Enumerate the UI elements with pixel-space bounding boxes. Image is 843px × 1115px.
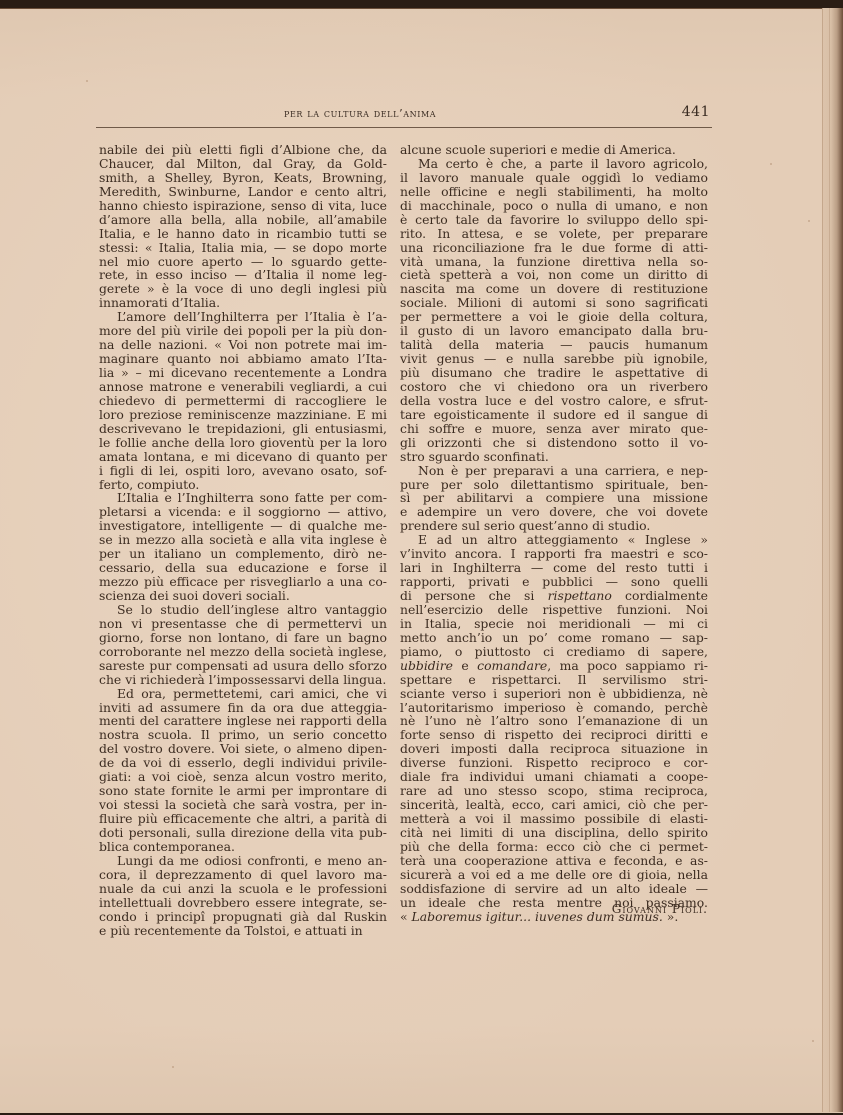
text-line: nell’esercizio delle rispettive funzioni… (400, 603, 708, 617)
text-line: condo i principî propugnati già dal Rusk… (99, 910, 387, 924)
italic-emphasis: comandare (477, 658, 547, 673)
text-line: cietà spetterà a voi, non come un diritt… (400, 268, 708, 282)
text-line: loro preziose reminiscenze mazziniane. E… (99, 408, 387, 422)
text-column-right: alcune scuole superiori e medie di Ameri… (400, 143, 708, 924)
italic-emphasis: ubbidire (400, 658, 453, 673)
text-line: more del più virile dei popoli per la pi… (99, 324, 387, 338)
running-title: per la cultura dell’anima (284, 106, 436, 120)
text-line: Lungi da me odiosi confronti, e meno an- (99, 854, 387, 868)
text-line: sciante verso i superiori non è ubbidien… (400, 687, 708, 701)
text-line: talità della materia — paucis humanum (400, 338, 708, 352)
header-rule (96, 127, 712, 128)
text-line: stro sguardo sconfinati. (400, 450, 708, 464)
text-line: costoro che vi chiedono ora un riverbero (400, 380, 708, 394)
text-line: le follie anche della loro gioventù per … (99, 436, 387, 450)
text-line: Ed ora, permettetemi, cari amici, che vi (99, 687, 387, 701)
running-head: per la cultura dell’anima 441 (98, 104, 710, 126)
text-line: vivit genus — e nulla sarebbe più ignobi… (400, 352, 708, 366)
paper-speck (172, 1066, 174, 1068)
text-line: voi stessi la società che sarà vostra, p… (99, 798, 387, 812)
text-line: nabile dei più eletti figli d’Albione ch… (99, 143, 387, 157)
text-line: tare egoisticamente il sudore ed il sang… (400, 408, 708, 422)
text-line: cità nei limiti di una disciplina, dello… (400, 826, 708, 840)
text-line: d’amore alla bella, alla nobile, all’ama… (99, 213, 387, 227)
text-line: terà una cooperazione attiva e feconda, … (400, 854, 708, 868)
text-line: sociale. Milioni di automi si sono sagri… (400, 296, 708, 310)
text-line: Italia, e le hanno dato in ricambio tutt… (99, 227, 387, 241)
text-line: cessario, della sua educazione e forse i… (99, 561, 387, 575)
text-line: e più recentemente da Tolstoi, e attuati… (99, 924, 387, 938)
text-line: in Italia, specie noi meridionali — mi c… (400, 617, 708, 631)
text-line: lia » – mi dicevano recentemente a Londr… (99, 366, 387, 380)
text-line: Non è per preparavi a una carriera, e ne… (400, 464, 708, 478)
text-line: nuale da cui anzi la scuola e le profess… (99, 882, 387, 896)
text-line: diverse funzioni. Rispetto reciproco e c… (400, 756, 708, 770)
text-line: è certo tale da favorire lo sviluppo del… (400, 213, 708, 227)
text-line: Chaucer, dal Milton, dal Gray, da Gold- (99, 157, 387, 171)
text-line: cora, il deprezzamento di quel lavoro ma… (99, 868, 387, 882)
text-line: del vostro dovere. Voi siete, o almeno d… (99, 742, 387, 756)
text-line: il lavoro manuale quale oggidì lo vediam… (400, 171, 708, 185)
text-line: nel mio cuore aperto — lo sguardo gette- (99, 255, 387, 269)
text-line: fluire più efficacemente che altri, a pa… (99, 812, 387, 826)
text-line: chiedevo di permettermi di raccogliere l… (99, 394, 387, 408)
text-line: nostra scuola. Il primo, un serio concet… (99, 728, 387, 742)
text-line: nè l’uno nè l’altro sono l’emanazione di… (400, 714, 708, 728)
text-line: sincerità, lealtà, ecco, cari amici, ciò… (400, 798, 708, 812)
text-line: non vi presentasse che di permettervi un (99, 617, 387, 631)
text-line: sono state fornite le armi per improntar… (99, 784, 387, 798)
text-line: L’amore dell’Inghilterra per l’Italia è … (99, 310, 387, 324)
text-line: mezzo più efficace per risvegliarlo a un… (99, 575, 387, 589)
text-line: Se lo studio dell’inglese altro vantaggi… (99, 603, 387, 617)
text-line: una riconciliazione fra le due forme di … (400, 241, 708, 255)
text-line: della vostra luce e del vostro calore, e… (400, 394, 708, 408)
text-line: ferto, compiuto. (99, 478, 387, 492)
text-line: sicurerà a voi ed a me delle ore di gioi… (400, 868, 708, 882)
text-line: v’invito ancora. I rapporti fra maestri … (400, 547, 708, 561)
text-line: giorno, forse non lontano, di fare un ba… (99, 631, 387, 645)
text-line: soddisfazione di servire ad un alto idea… (400, 882, 708, 896)
text-line: prendere sul serio quest’anno di studio. (400, 519, 708, 533)
text-line: ubbidire e comandare, ma poco sappiamo r… (400, 659, 708, 673)
text-line: L’Italia e l’Inghilterra sono fatte per … (99, 491, 387, 505)
text-line: giati: a voi cioè, senza alcun vostro me… (99, 770, 387, 784)
text-line: investigatore, intelligente — di qualche… (99, 519, 387, 533)
text-line: scienza dei suoi doveri sociali. (99, 589, 387, 603)
text-line: maginare quanto noi abbiamo amato l’Ita- (99, 352, 387, 366)
text-line: piamo, o piuttosto ci crediamo di sapere… (400, 645, 708, 659)
page-edge-right (822, 8, 843, 1112)
text-line: più che della forma: ecco ciò che ci per… (400, 840, 708, 854)
italic-emphasis: rispettano (548, 588, 612, 603)
text-line: intellettuali dovrebbero essere integrat… (99, 896, 387, 910)
text-line: di macchinale, poco o nulla di umano, e … (400, 199, 708, 213)
text-line: gli orizzonti che si distendono sotto il… (400, 436, 708, 450)
text-line: vità umana, la funzione direttiva nella … (400, 255, 708, 269)
text-line: di persone che si rispettano cordialment… (400, 589, 708, 603)
page-number: 441 (682, 104, 710, 120)
text-line: de da voi di esserlo, degli individui pr… (99, 756, 387, 770)
text-column-left: nabile dei più eletti figli d’Albione ch… (99, 143, 387, 937)
text-line: metto anch’io un po’ come romano — sap- (400, 631, 708, 645)
text-line: blica contemporanea. (99, 840, 387, 854)
text-line: e adempire un vero dovere, che voi dovet… (400, 505, 708, 519)
text-line: rapporti, privati e pubblici — sono quel… (400, 575, 708, 589)
text-line: doveri imposti dalla reciproca situazion… (400, 742, 708, 756)
text-line: corroborante nel mezzo della società ing… (99, 645, 387, 659)
text-line: gerete » è la voce di uno degli inglesi … (99, 282, 387, 296)
text-line: nascita ma come un dovere di restituzion… (400, 282, 708, 296)
text-line: Meredith, Swinburne, Landor e cento altr… (99, 185, 387, 199)
text-line: na delle nazioni. « Voi non potrete mai … (99, 338, 387, 352)
text-line: inviti ad assumere fin da ora due attegg… (99, 701, 387, 715)
paper-speck (812, 1040, 814, 1042)
text-line: E ad un altro atteggiamento « Inglese » (400, 533, 708, 547)
text-line: metterà a voi il massimo possibile di el… (400, 812, 708, 826)
author-signature: Giovanni Pioli. (400, 902, 708, 916)
text-line: annose matrone e venerabili vegliardi, a… (99, 380, 387, 394)
text-line: sì per abilitarvi a compiere una mission… (400, 491, 708, 505)
text-line: hanno chiesto ispirazione, senso di vita… (99, 199, 387, 213)
text-line: pure per solo dilettantismo spirituale, … (400, 478, 708, 492)
text-line: nelle officine e negli stabilimenti, ha … (400, 185, 708, 199)
text-line: l’autoritarismo imperioso è comando, per… (400, 701, 708, 715)
text-line: stessi: « Italia, Italia mia, — se dopo … (99, 241, 387, 255)
text-line: chi soffre e muore, senza aver mirato qu… (400, 422, 708, 436)
text-line: menti del carattere inglese nei rapporti… (99, 714, 387, 728)
text-line: i figli di lei, ospiti loro, avevano osa… (99, 464, 387, 478)
text-line: più disumano che tradire le aspettative … (400, 366, 708, 380)
text-line: spettare e rispettarci. Il servilismo st… (400, 673, 708, 687)
text-line: sareste pur compensati ad usura dello sf… (99, 659, 387, 673)
text-line: rare ad uno stesso scopo, stima reciproc… (400, 784, 708, 798)
text-line: amata lontana, e mi dicevano di quanto p… (99, 450, 387, 464)
text-line: diale fra individui umani chiamati a coo… (400, 770, 708, 784)
text-line: che vi richiederà l’impossessarvi della … (99, 673, 387, 687)
text-line: se in mezzo alla società e alla vita ing… (99, 533, 387, 547)
text-line: rete, in esso inciso — d’Italia il nome … (99, 268, 387, 282)
text-line: pletarsi a vicenda: e il soggiorno — att… (99, 505, 387, 519)
text-line: forte senso di rispetto dei reciproci di… (400, 728, 708, 742)
text-line: descrivevano le trepidazioni, gli entusi… (99, 422, 387, 436)
paper-speck (808, 220, 810, 222)
text-line: lari in Inghilterra — come del resto tut… (400, 561, 708, 575)
text-line: rito. In attesa, e se volete, per prepar… (400, 227, 708, 241)
text-line: innamorati d’Italia. (99, 296, 387, 310)
paper-speck (86, 80, 88, 82)
text-line: alcune scuole superiori e medie di Ameri… (400, 143, 708, 157)
text-line: smith, a Shelley, Byron, Keats, Browning… (99, 171, 387, 185)
text-line: per permettere a voi le gioie della colt… (400, 310, 708, 324)
text-line: per un italiano un complemento, dirò ne- (99, 547, 387, 561)
paper-speck (770, 163, 772, 165)
text-line: il gusto di un lavoro emancipato dalla b… (400, 324, 708, 338)
text-line: doti personali, sulla direzione della vi… (99, 826, 387, 840)
text-line: Ma certo è che, a parte il lavoro agrico… (400, 157, 708, 171)
